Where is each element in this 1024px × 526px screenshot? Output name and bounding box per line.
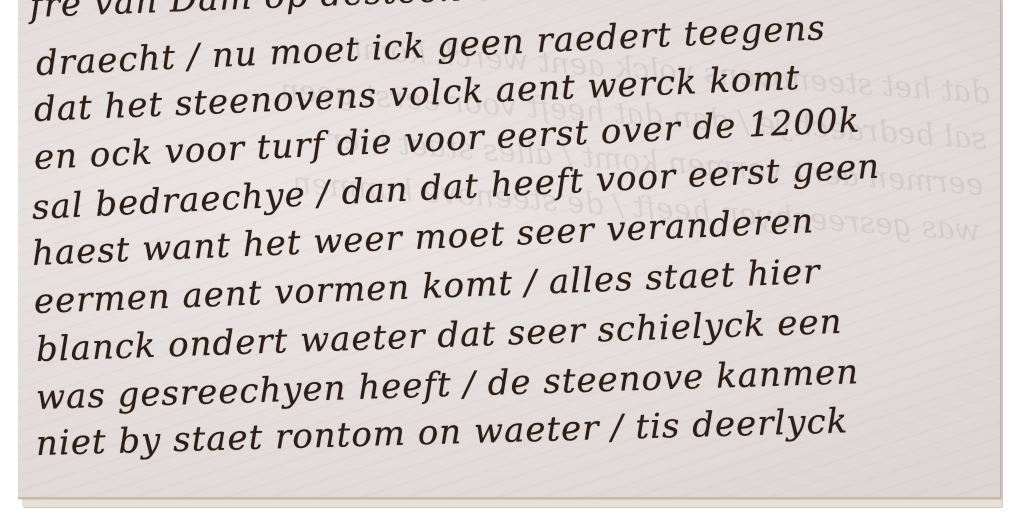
manuscript-stage: dat het steenovens volck aent werck komt…	[0, 0, 1024, 526]
